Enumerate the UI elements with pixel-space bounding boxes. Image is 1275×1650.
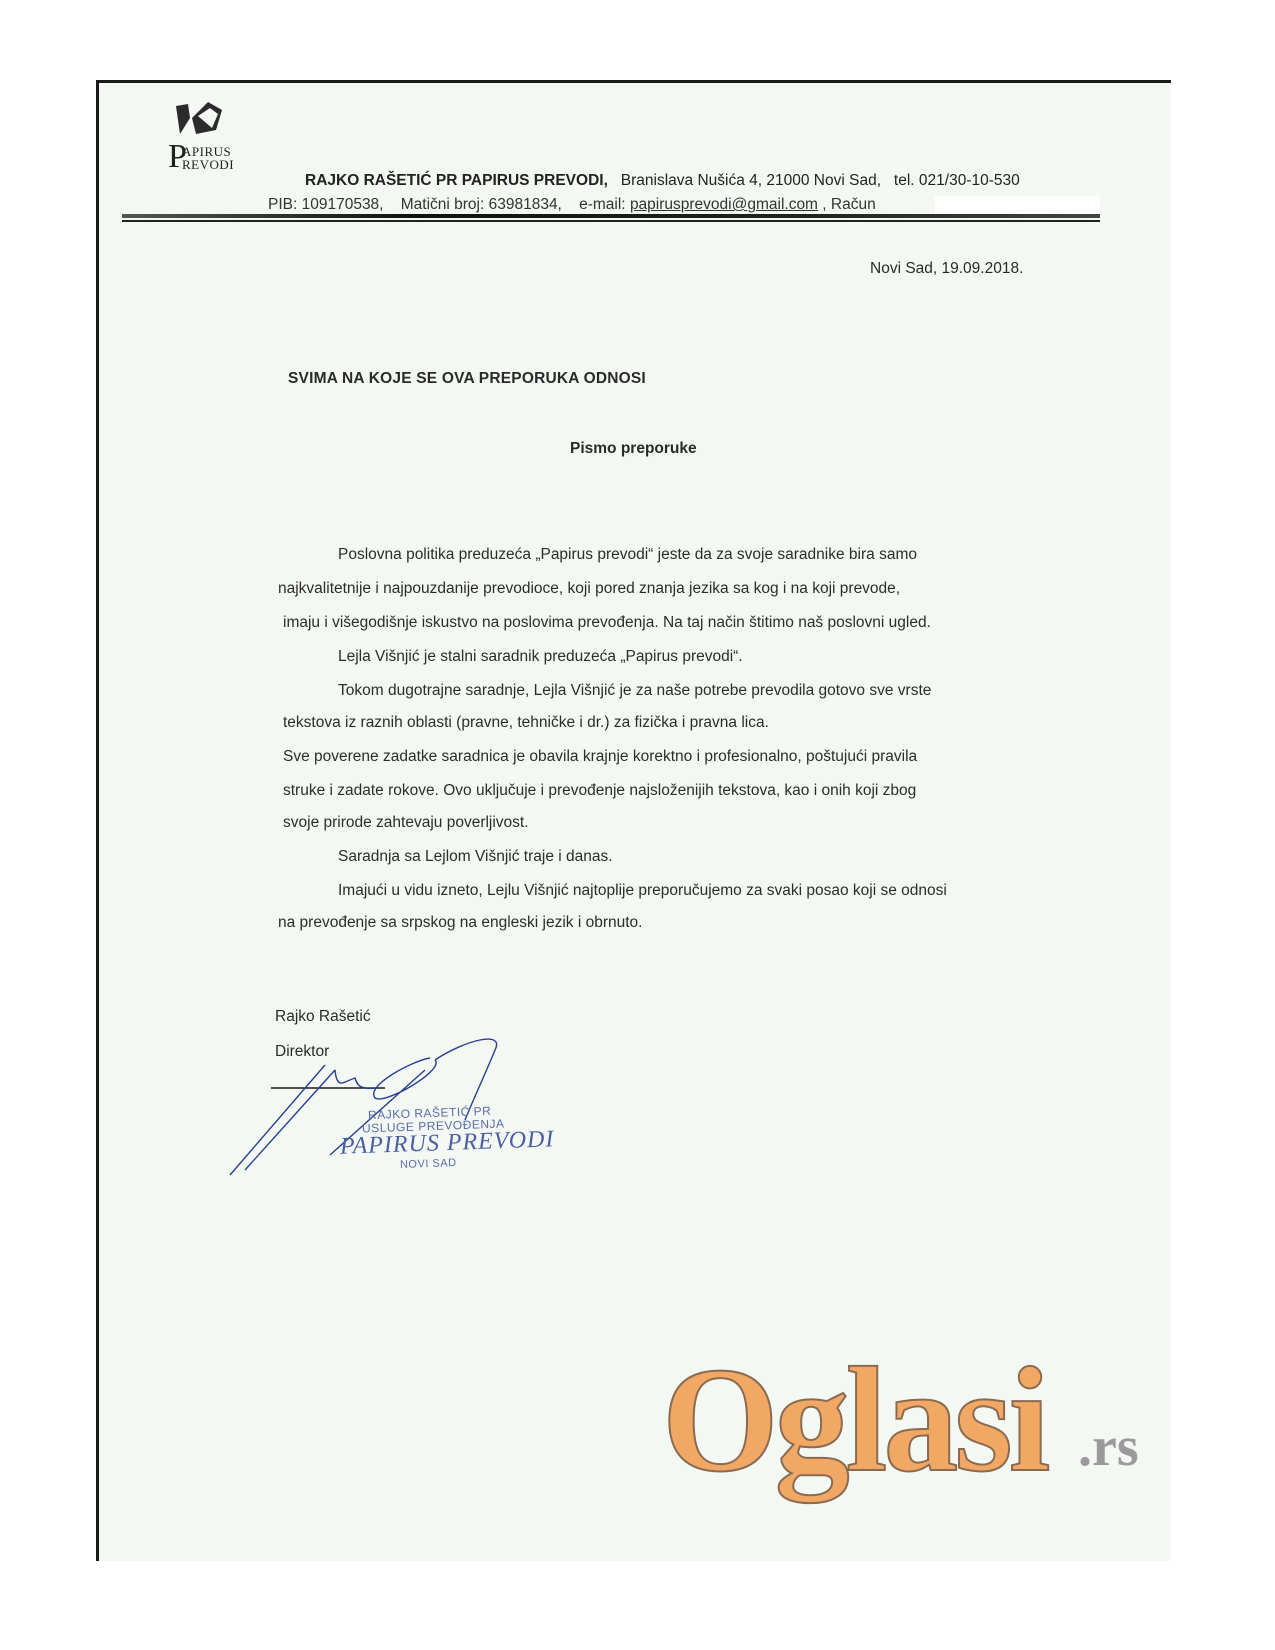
- letterhead-divider: [122, 214, 1100, 218]
- body-line: Poslovna politika preduzeća „Papirus pre…: [338, 546, 917, 564]
- watermark-main: Oglasi: [662, 1337, 1046, 1503]
- account-label: , Račun: [822, 196, 875, 213]
- letter-subject: Pismo preporuke: [570, 440, 697, 458]
- company-phone: tel. 021/30-10-530: [894, 172, 1020, 189]
- body-line: Sve poverene zadatke saradnica je obavil…: [283, 748, 917, 766]
- book-icon: [168, 100, 228, 140]
- company-name: RAJKO RAŠETIĆ PR PAPIRUS PREVODI,: [305, 172, 608, 189]
- body-line: svoje prirode zahtevaju poverljivost.: [283, 814, 529, 832]
- letterhead-line-1: RAJKO RAŠETIĆ PR PAPIRUS PREVODI, Branis…: [305, 172, 1020, 190]
- body-line: imaju i višegodišnje iskustvo na poslovi…: [283, 614, 931, 632]
- signatory-name: Rajko Rašetić: [275, 1008, 371, 1026]
- company-address: Branislava Nušića 4, 21000 Novi Sad,: [621, 172, 881, 189]
- watermark-tld: .rs: [1078, 1415, 1139, 1479]
- oglasi-watermark: Oglasi .rs: [662, 1345, 1046, 1495]
- email-link[interactable]: papirusprevodi@gmail.com: [630, 196, 818, 213]
- company-logo: P APIRUS REVODI: [168, 100, 248, 180]
- recipient-heading: SVIMA NA KOJE SE OVA PREPORUKA ODNOSI: [288, 370, 646, 388]
- body-line: Saradnja sa Lejlom Višnjić traje i danas…: [338, 848, 613, 866]
- logo-line-2: REVODI: [182, 157, 234, 173]
- company-registration-number: Matični broj: 63981834,: [401, 196, 562, 213]
- body-line: najkvalitetnije i najpouzdanije prevodio…: [278, 580, 900, 598]
- body-line: Imajući u vidu izneto, Lejlu Višnjić naj…: [338, 882, 947, 900]
- body-line: struke i zadate rokove. Ovo uključuje i …: [283, 782, 916, 800]
- body-line: na prevođenje sa srpskog na engleski jez…: [278, 914, 642, 932]
- redacted-account-number: [935, 196, 1100, 216]
- company-pib: PIB: 109170538,: [268, 196, 384, 213]
- stamp-line-4: NOVI SAD: [400, 1157, 457, 1171]
- letterhead-line-2: PIB: 109170538, Matični broj: 63981834, …: [268, 196, 876, 214]
- email-label: e-mail:: [579, 196, 626, 213]
- letterhead-divider-thin: [122, 220, 1100, 222]
- body-line: tekstova iz raznih oblasti (pravne, tehn…: [283, 714, 769, 732]
- letter-date: Novi Sad, 19.09.2018.: [870, 260, 1023, 278]
- body-line: Lejla Višnjić je stalni saradnik preduze…: [338, 648, 743, 666]
- body-line: Tokom dugotrajne saradnje, Lejla Višnjić…: [338, 682, 931, 700]
